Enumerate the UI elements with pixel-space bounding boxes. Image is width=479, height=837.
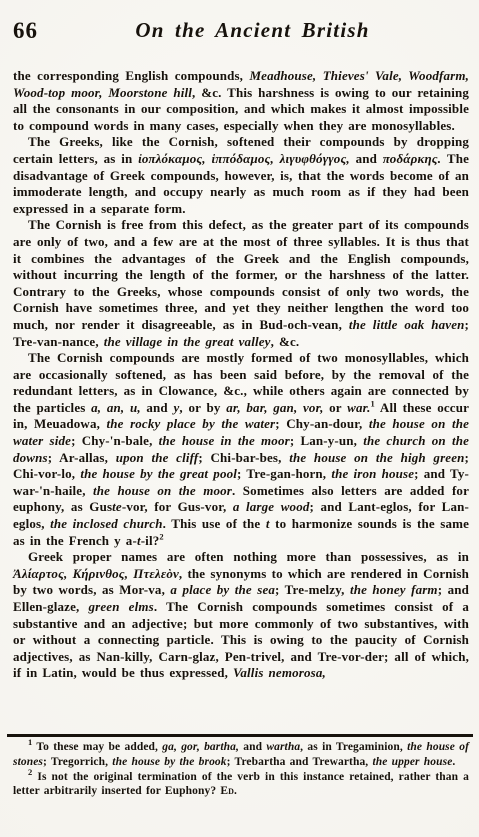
footnote-divider: [7, 734, 473, 737]
paragraph: The Cornish is free from this defect, as…: [13, 217, 469, 350]
running-title: On the Ancient British: [26, 18, 479, 43]
footnotes: 1 To these may be added, ga, gor, bartha…: [13, 740, 469, 799]
paragraph: Greek proper names are often nothing mor…: [13, 549, 469, 682]
body-text: the corresponding English compounds, Mea…: [13, 68, 469, 682]
book-page: 66 On the Ancient British the correspond…: [0, 0, 479, 837]
paragraph: the corresponding English compounds, Mea…: [13, 68, 469, 134]
footnote-section: 1 To these may be added, ga, gor, bartha…: [0, 734, 479, 799]
paragraph: The Greeks, like the Cornish, softened t…: [13, 134, 469, 217]
paragraph: The Cornish compounds are mostly formed …: [13, 350, 469, 549]
footnote: 2 Is not the original termination of the…: [13, 770, 469, 800]
page-header: 66 On the Ancient British: [0, 0, 479, 58]
page-number: 66: [13, 18, 38, 44]
footnote: 1 To these may be added, ga, gor, bartha…: [13, 740, 469, 770]
